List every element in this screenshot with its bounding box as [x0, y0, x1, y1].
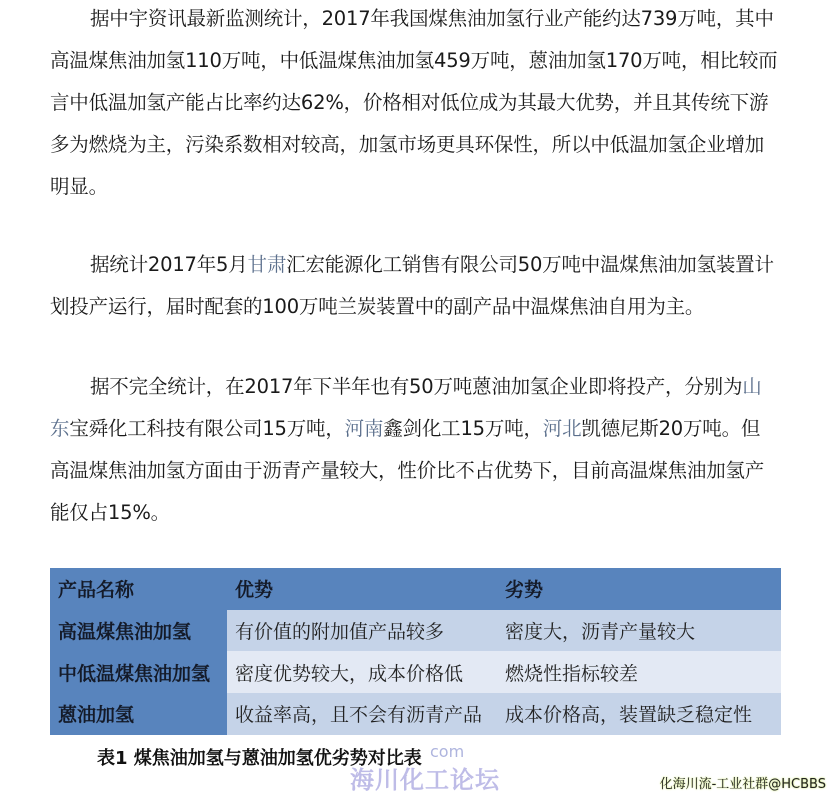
table-row: 中低温煤焦油加氢 密度优势较大，成本价格低 燃烧性指标较差	[50, 651, 781, 693]
row-product-name: 高温煤焦油加氢	[50, 610, 227, 652]
text-line: 高温煤焦油加氢110万吨，中低温煤焦油加氢459万吨，蒽油加氢170万吨，相比较…	[50, 40, 777, 82]
location-link-henan[interactable]: 河南	[345, 417, 384, 440]
location-link-gansu[interactable]: 甘肃	[248, 253, 287, 276]
row-disadvantage: 成本价格高，装置缺乏稳定性	[497, 693, 781, 735]
table-row: 蒽油加氢 收益率高，且不会有沥青产品 成本价格高，装置缺乏稳定性	[50, 693, 781, 735]
text-line: 据统计2017年5月甘肃汇宏能源化工销售有限公司50万吨中温煤焦油加氢装置计	[50, 244, 774, 286]
location-link-hebei[interactable]: 河北	[543, 417, 582, 440]
header-disadvantages: 劣势	[497, 568, 781, 610]
text-segment: 鑫剑化工15万吨，	[383, 417, 543, 440]
text-line: 明显。	[50, 166, 777, 208]
row-advantage: 有价值的附加值产品较多	[227, 610, 497, 652]
table-row: 高温煤焦油加氢 有价值的附加值产品较多 密度大，沥青产量较大	[50, 610, 781, 652]
header-product-name: 产品名称	[50, 568, 227, 610]
paragraph-capacity-stats: 据中宇资讯最新监测统计，2017年我国煤焦油加氢行业产能约达739万吨，其中 高…	[50, 0, 777, 208]
row-advantage: 收益率高，且不会有沥青产品	[227, 693, 497, 735]
row-disadvantage: 密度大，沥青产量较大	[497, 610, 781, 652]
row-product-name: 中低温煤焦油加氢	[50, 651, 227, 693]
row-product-name: 蒽油加氢	[50, 693, 227, 735]
text-line: 多为燃烧为主，污染系数相对较高，加氢市场更具环保性，所以中低温加氢企业增加	[50, 124, 777, 166]
paragraph-anthracene-projects: 据不完全统计，在2017年下半年也有50万吨蒽油加氢企业即将投产，分别为山 东宝…	[50, 366, 764, 534]
text-line: 言中低温加氢产能占比率约达62%，价格相对低位成为其最大优势，并且其传统下游	[50, 82, 777, 124]
location-link-shandong[interactable]: 东	[50, 417, 69, 440]
text-segment: 据统计2017年5月	[90, 253, 248, 276]
paragraph-gansu-project: 据统计2017年5月甘肃汇宏能源化工销售有限公司50万吨中温煤焦油加氢装置计 划…	[50, 244, 774, 328]
text-line: 据中宇资讯最新监测统计，2017年我国煤焦油加氢行业产能约达739万吨，其中	[50, 0, 777, 40]
text-segment: 凯德尼斯20万吨。但	[581, 417, 760, 440]
watermark-domain: com	[430, 742, 464, 761]
table-header-row: 产品名称 优势 劣势	[50, 568, 781, 610]
header-advantages: 优势	[227, 568, 497, 610]
text-segment: 宝舜化工科技有限公司15万吨，	[69, 417, 344, 440]
text-line: 高温煤焦油加氢方面由于沥青产量较大，性价比不占优势下，目前高温煤焦油加氢产	[50, 450, 764, 492]
text-segment: 汇宏能源化工销售有限公司50万吨中温煤焦油加氢装置计	[286, 253, 774, 276]
watermark-credit: 化海川流-工业社群@HCBBS	[660, 773, 826, 792]
text-line: 划投产运行，届时配套的100万吨兰炭装置中的副产品中温煤焦油自用为主。	[50, 286, 774, 328]
comparison-table: 产品名称 优势 劣势 高温煤焦油加氢 有价值的附加值产品较多 密度大，沥青产量较…	[50, 568, 781, 735]
watermark-forum: 海川化工论坛	[350, 760, 500, 795]
row-advantage: 密度优势较大，成本价格低	[227, 651, 497, 693]
text-line: 东宝舜化工科技有限公司15万吨，河南鑫剑化工15万吨，河北凯德尼斯20万吨。但	[50, 408, 764, 450]
text-line: 据不完全统计，在2017年下半年也有50万吨蒽油加氢企业即将投产，分别为山	[50, 366, 764, 408]
location-link-shandong[interactable]: 山	[742, 375, 761, 398]
row-disadvantage: 燃烧性指标较差	[497, 651, 781, 693]
text-line: 能仅占15%。	[50, 492, 764, 534]
text-segment: 据不完全统计，在2017年下半年也有50万吨蒽油加氢企业即将投产，分别为	[90, 375, 742, 398]
